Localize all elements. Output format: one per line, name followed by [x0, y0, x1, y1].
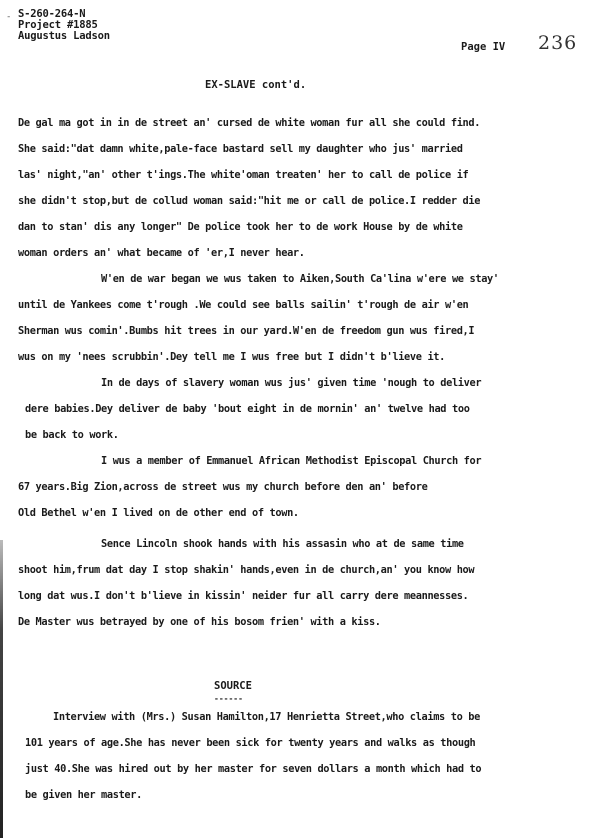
scan-edge-shadow [0, 540, 3, 838]
text-line: Sherman wus comin'.Bumbs hit trees in ou… [18, 325, 474, 337]
text-line: woman orders an' what became of 'er,I ne… [18, 247, 305, 259]
text-line: W'en de war began we wus taken to Aiken,… [101, 273, 499, 285]
typewritten-document-page: - S-260-264-N Project #1885 Augustus Lad… [0, 0, 600, 838]
text-line: long dat wus.I don't b'lieve in kissin' … [18, 590, 468, 602]
text-line: wus on my 'nees scrubbin'.Dey tell me I … [18, 351, 445, 363]
text-line: dere babies.Dey deliver de baby 'bout ei… [25, 403, 470, 415]
page-label: Page IV [461, 41, 505, 53]
text-line: Sence Lincoln shook hands with his assas… [101, 538, 464, 550]
document-header: S-260-264-N Project #1885 Augustus Ladso… [18, 9, 110, 42]
stamped-page-number: 236 [538, 32, 577, 54]
source-text-line: be given her master. [25, 789, 142, 801]
text-line: she didn't stop,but de collud woman said… [18, 195, 480, 207]
source-text-line: just 40.She was hired out by her master … [25, 763, 481, 775]
source-text-line: Interview with (Mrs.) Susan Hamilton,17 … [53, 711, 480, 723]
text-line: She said:"dat damn white,pale-face basta… [18, 143, 463, 155]
text-line: I wus a member of Emmanuel African Metho… [101, 455, 481, 467]
document-title: EX-SLAVE cont'd. [205, 79, 306, 91]
text-line: De gal ma got in in de street an' cursed… [18, 117, 480, 129]
text-line: dan to stan' dis any longer" De police t… [18, 221, 463, 233]
text-line: Old Bethel w'en I lived on de other end … [18, 507, 299, 519]
source-heading: SOURCE [214, 680, 252, 692]
author-name: Augustus Ladson [18, 31, 110, 42]
stray-mark: - [6, 12, 11, 22]
text-line: be back to work. [25, 429, 119, 441]
text-line: 67 years.Big Zion,across de street wus m… [18, 481, 427, 493]
text-line: las' night,"an' other t'ings.The white'o… [18, 169, 468, 181]
text-line: until de Yankees come t'rough .We could … [18, 299, 468, 311]
text-line: De Master wus betrayed by one of his bos… [18, 616, 381, 628]
text-line: In de days of slavery woman wus jus' giv… [101, 377, 481, 389]
source-heading-underline: ------ [214, 694, 243, 703]
text-line: shoot him,frum dat day I stop shakin' ha… [18, 564, 474, 576]
source-text-line: 101 years of age.She has never been sick… [25, 737, 475, 749]
